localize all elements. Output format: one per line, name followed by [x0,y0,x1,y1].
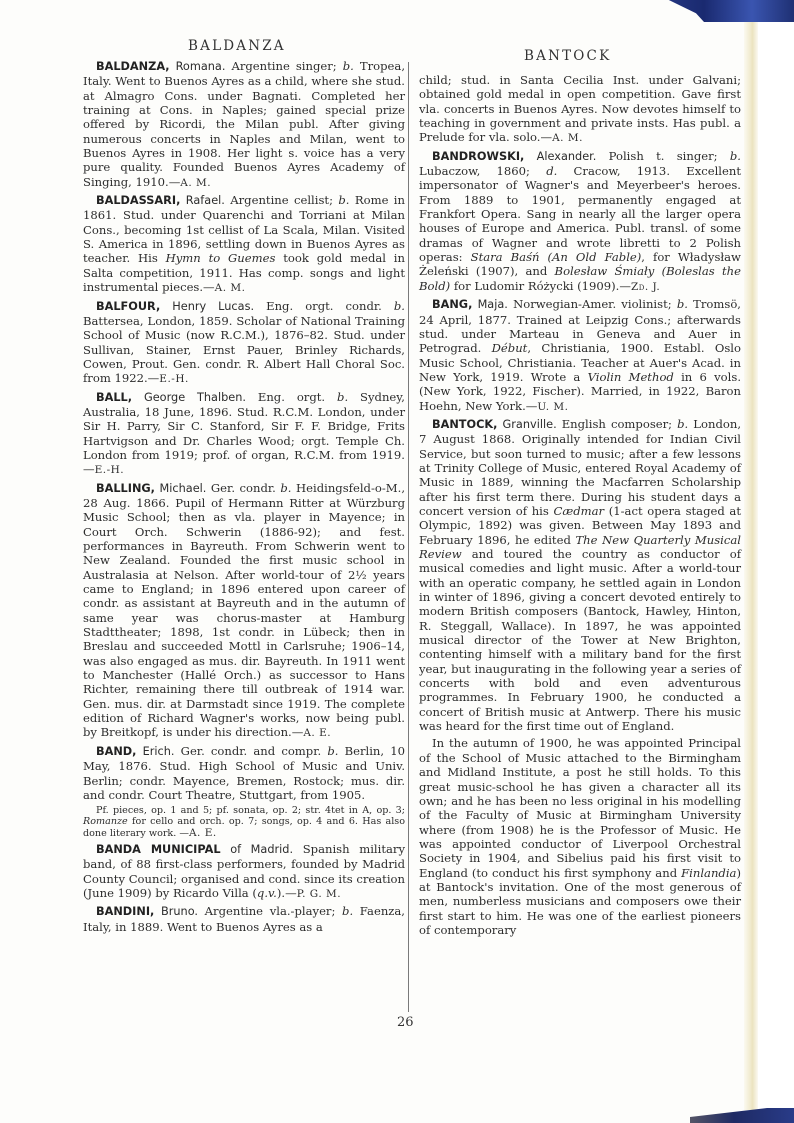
entry-text: Polish t. singer; [596,149,730,163]
entry-headword: BALLING, [96,482,155,495]
italic-text: Cædmar [553,504,604,518]
italic-text: Hymn to Guemes [166,251,276,265]
entry-paragraph: In the autumn of 1900, he was appointed … [419,736,741,937]
italic-text: b. [677,297,688,311]
italic-text: b. [337,390,348,404]
works-note: Pf. pieces, op. 1 and 5; pf. sonata, op.… [83,805,405,839]
dictionary-entry: BANDA MUNICIPAL of Madrid. Spanish milit… [83,842,405,901]
contributor-signature: P. G. M. [297,888,341,900]
entry-given-name: Bruno. [161,905,198,918]
entry-given-name: Granville. [503,418,557,431]
contributor-signature: A. E. [303,727,331,739]
dictionary-entry: BANG, Maja. Norwegian-Amer. violinist; b… [419,297,741,414]
entry-text: for cello and orch. op. 7; songs, op. 4 … [83,816,405,838]
entry-given-name: Alexander. [537,150,597,163]
entry-headword: BANTOCK, [432,418,497,431]
entry-headword: BANDINI, [96,905,154,918]
entry-given-name: Michael. [160,482,207,495]
entry-headword: BANDROWSKI, [432,150,524,163]
entry-text: Argentine singer; [225,59,342,73]
contributor-signature: E.-H. [159,373,189,385]
entry-text: for Ludomir Różycki (1909).— [450,279,631,293]
italic-text: b. [280,481,291,495]
contributor-signature: Zd. J. [631,281,660,293]
italic-text: b. [730,149,741,163]
entry-text: Pf. pieces, op. 1 and 5; pf. sonata, op.… [96,805,405,816]
italic-text: b. [394,299,405,313]
right-column: child; stud. in Santa Cecilia Inst. unde… [419,73,741,940]
italic-text: b. [342,904,353,918]
entry-text: Norwegian-Amer. violinist; [508,297,677,311]
dictionary-entry: BALL, George Thalben. Eng. orgt. b. Sydn… [83,390,405,478]
entry-given-name: Maja. [478,298,508,311]
entry-continuation: child; stud. in Santa Cecilia Inst. unde… [419,73,741,146]
contributor-signature: E.-H. [95,464,125,476]
dictionary-entry: BANTOCK, Granville. English composer; b.… [419,417,741,734]
dictionary-entry: BAND, Erich. Ger. condr. and compr. b. B… [83,744,405,802]
entry-headword: BANDA MUNICIPAL [96,843,221,856]
running-head-left: BALDANZA [188,38,286,54]
entry-given-name: Erich. [143,745,175,758]
entry-text: Ger. condr. [206,481,280,495]
entry-headword: BALDASSARI, [96,194,180,207]
entry-headword: BALL, [96,391,132,404]
entry-text: London, 7 August 1868. Originally intend… [419,417,741,518]
page-edge [744,20,758,1110]
entry-text: ).— [277,886,297,900]
entry-text: Argentine cellist; [225,193,339,207]
contributor-signature: U. M. [537,401,568,413]
left-column: BALDANZA, Romana. Argentine singer; b. T… [83,59,405,937]
italic-text: b. [343,59,354,73]
entry-text: Lubaczow, 1860; [419,164,546,178]
dictionary-entry: BALDASSARI, Rafael. Argentine cellist; b… [83,193,405,295]
entry-given-name: Rafael. [186,194,225,207]
contributor-signature: A. M. [215,282,246,294]
entry-text: Argentine vla.-player; [198,904,342,918]
entry-text: English composer; [557,417,677,431]
entry-headword: BANG, [432,298,472,311]
entry-text: Cracow, 1913. Excellent impersonator of … [419,164,741,264]
contributor-signature: A. M. [552,132,583,144]
entry-text: Ger. condr. and compr. [175,744,328,758]
entry-text: Battersea, London, 1859. Scholar of Nati… [83,314,405,385]
italic-text: q.v. [257,886,277,900]
italic-text: b. [338,193,349,207]
italic-text: Violin Method [588,370,674,384]
dictionary-entry: BALFOUR, Henry Lucas. Eng. orgt. condr. … [83,299,405,387]
entry-text: Heidingsfeld-o-M., 28 Aug. 1866. Pupil o… [83,481,405,740]
entry-text: and toured the country as conductor of m… [419,547,741,733]
entry-given-name: Romana. [176,60,226,73]
entry-given-name: of Madrid. [230,843,293,856]
dictionary-entry: BALDANZA, Romana. Argentine singer; b. T… [83,59,405,190]
column-divider [408,62,409,1012]
dictionary-entry: BANDROWSKI, Alexander. Polish t. singer;… [419,149,741,294]
italic-text: b. [327,744,338,758]
contributor-signature: A. M. [180,177,211,189]
italic-text: Début [492,341,528,355]
italic-text: b. [677,417,688,431]
entry-given-name: Henry Lucas. [172,300,254,313]
entry-headword: BALDANZA, [96,60,170,73]
entry-headword: BAND, [96,745,136,758]
entry-text: Eng. orgt. condr. [254,299,394,313]
dictionary-entry: BANDINI, Bruno. Argentine vla.-player; b… [83,904,405,934]
entry-text: Eng. orgt. [246,390,337,404]
entry-text: Tropea, Italy. Went to Buenos Ayres as a… [83,59,405,189]
page-number: 26 [397,1015,414,1030]
running-head-right: BANTOCK [524,48,611,64]
italic-text: Romanze [83,816,128,827]
italic-text: Stara Baśń (An Old Fable) [471,250,642,264]
contributor-signature: A. E. [189,827,217,839]
entry-text: In the autumn of 1900, he was appointed … [419,736,741,879]
entry-headword: BALFOUR, [96,300,160,313]
entry-given-name: George Thalben. [144,391,246,404]
italic-text: Finlandia [681,866,736,880]
italic-text: d. [546,164,557,178]
dictionary-entry: BALLING, Michael. Ger. condr. b. Heiding… [83,481,405,741]
